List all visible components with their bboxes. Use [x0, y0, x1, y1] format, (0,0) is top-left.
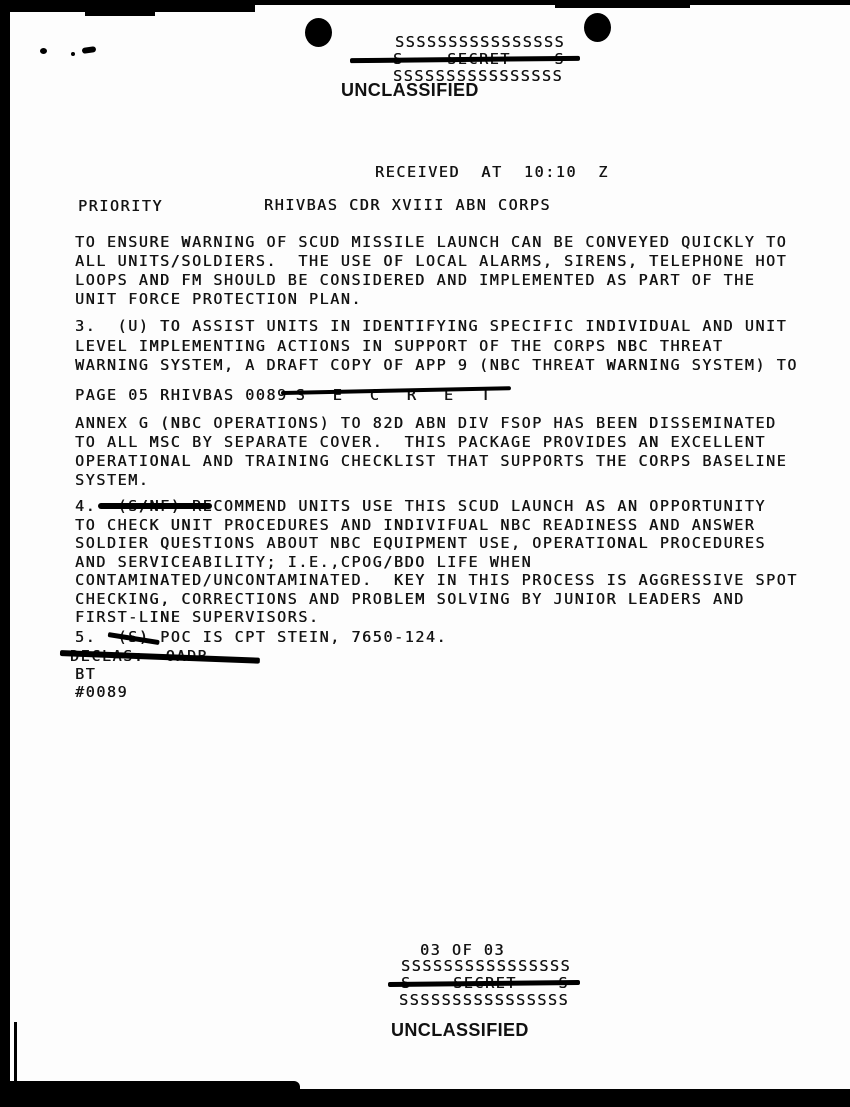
text-line: LOOPS AND FM SHOULD BE CONSIDERED AND IM…: [75, 271, 787, 290]
page-banner-prefix: PAGE 05 RHIVBAS 0089: [75, 386, 288, 404]
scan-artifact-left-edge: [0, 0, 10, 1107]
hole-punch-left: [305, 18, 332, 47]
ink-speck: [82, 46, 97, 54]
text-line: 3. (U) TO ASSIST UNITS IN IDENTIFYING SP…: [75, 317, 798, 337]
poc-text: POC IS CPT STEIN, 7650-124.: [149, 628, 447, 646]
paragraph-3: 3. (U) TO ASSIST UNITS IN IDENTIFYING SP…: [75, 317, 798, 376]
priority-label: PRIORITY: [78, 197, 163, 216]
received-timestamp: RECEIVED AT 10:10 Z: [375, 163, 609, 182]
bt-line: BT: [75, 665, 96, 684]
text-line: AND SERVICEABILITY; I.E.,CPOG/BDO LIFE W…: [75, 553, 798, 572]
scanned-document-page: SSSSSSSSSSSSSSSS SSECRETS SSSSSSSSSSSSSS…: [0, 0, 850, 1107]
text-line: SOLDIER QUESTIONS ABOUT NBC EQUIPMENT US…: [75, 534, 798, 553]
text-line: LEVEL IMPLEMENTING ACTIONS IN SUPPORT OF…: [75, 337, 798, 357]
text-line: TO ENSURE WARNING OF SCUD MISSILE LAUNCH…: [75, 233, 787, 252]
strikethrough-mark: [98, 503, 212, 509]
text-line: TO CHECK UNIT PROCEDURES AND INDIVIFUAL …: [75, 516, 798, 535]
text-line: FIRST-LINE SUPERVISORS.: [75, 608, 798, 627]
text-segment: RECOMMEND UNITS USE THIS SCUD LAUNCH AS …: [181, 497, 766, 515]
text-line: CHECKING, CORRECTIONS AND PROBLEM SOLVIN…: [75, 590, 798, 609]
text-line: TO ALL MSC BY SEPARATE COVER. THIS PACKA…: [75, 433, 787, 452]
paragraph-annex: ANNEX G (NBC OPERATIONS) TO 82D ABN DIV …: [75, 414, 787, 490]
text-line: ALL UNITS/SOLDIERS. THE USE OF LOCAL ALA…: [75, 252, 787, 271]
addressee-line: RHIVBAS CDR XVIII ABN CORPS: [264, 196, 551, 215]
scan-artifact-top-mid: [555, 0, 690, 8]
text-line: SYSTEM.: [75, 471, 787, 490]
text-line: UNIT FORCE PROTECTION PLAN.: [75, 290, 787, 309]
unclassified-stamp-top: UNCLASSIFIED: [341, 80, 479, 101]
text-line: CONTAMINATED/UNCONTAMINATED. KEY IN THIS…: [75, 571, 798, 590]
paragraph-4: 4. (S/NF) RECOMMEND UNITS USE THIS SCUD …: [75, 497, 798, 627]
message-number: #0089: [75, 683, 128, 702]
paragraph-scud-warning: TO ENSURE WARNING OF SCUD MISSILE LAUNCH…: [75, 233, 787, 309]
unclassified-stamp-bottom: UNCLASSIFIED: [391, 1020, 529, 1041]
text-line: OPERATIONAL AND TRAINING CHECKLIST THAT …: [75, 452, 787, 471]
classification-s-row-bottom-2: SSSSSSSSSSSSSSSS: [399, 991, 569, 1010]
scan-artifact-top-bump: [85, 0, 155, 16]
ink-speck: [71, 52, 75, 56]
ink-speck: [40, 48, 47, 54]
hole-punch-right: [584, 13, 611, 42]
text-line: ANNEX G (NBC OPERATIONS) TO 82D ABN DIV …: [75, 414, 787, 433]
scan-artifact-left-line: [14, 1022, 17, 1084]
text-line: WARNING SYSTEM, A DRAFT COPY OF APP 9 (N…: [75, 356, 798, 376]
scan-artifact-bottom-edge-left: [0, 1081, 300, 1107]
